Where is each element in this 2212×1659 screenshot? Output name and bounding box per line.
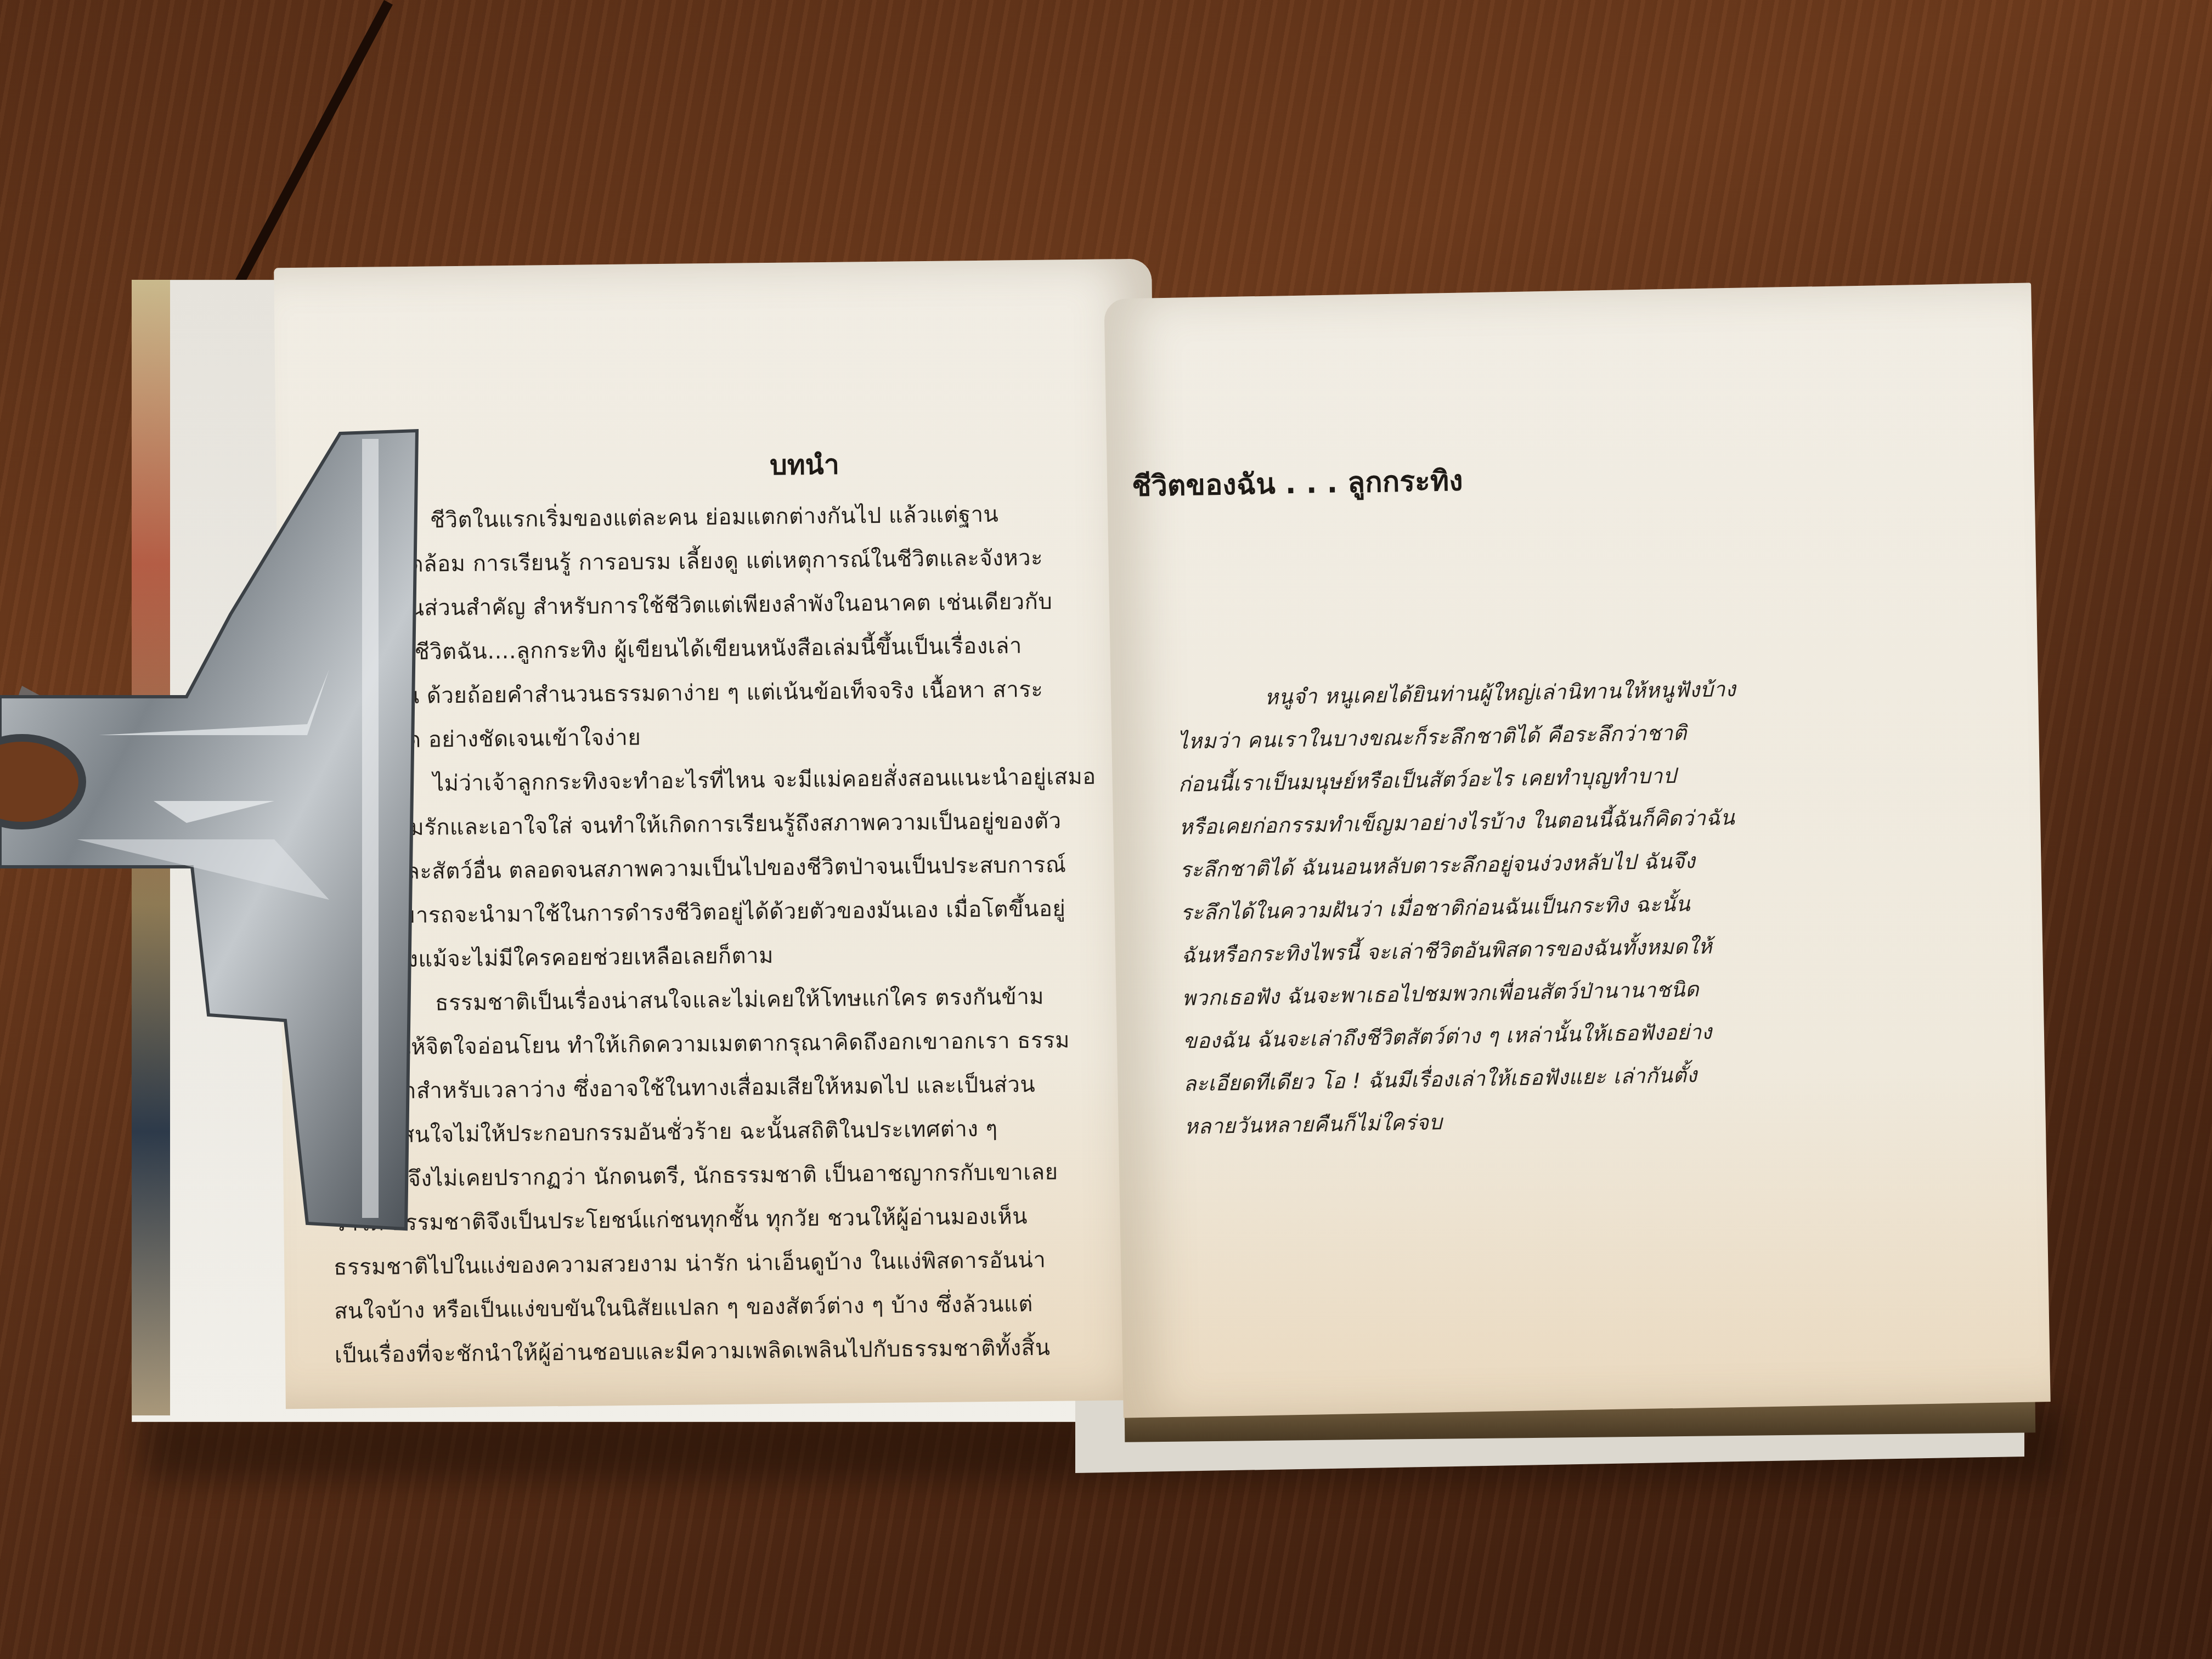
- text-line: ของฉัน ฉันจะเล่าถึงชีวิตสัตว์ต่าง ๆ เหล่…: [1182, 1015, 1712, 1058]
- text-line: ไม่ว่าเจ้าลูกกระทิงจะทำอะไรที่ไหน จะมีแม…: [433, 759, 1096, 801]
- text-line: ละเอียดทีเดียว โอ ! ฉันมีเรื่องเล่าให้เธ…: [1183, 1058, 1697, 1100]
- text-line: ที่มันสามารถจะนำมาใช้ในการดำรงชีวิตอยู่ไ…: [330, 890, 1065, 933]
- text-line: ชาติมีค่าสำหรับเวลาว่าง ซึ่งอาจใช้ในทางเ…: [332, 1066, 1036, 1109]
- text-line: ชีวิตในแรกเริ่มของแต่ละคน ย่อมแตกต่างกัน…: [430, 496, 999, 538]
- text-line: ว่าได้ ธรรมชาติจึงเป็นประโยชน์แก่ชนทุกชั…: [333, 1198, 1028, 1240]
- text-line: สภาพแวดล้อม การเรียนรู้ การอบรม เลี้ยงดู…: [326, 540, 1043, 583]
- text-line: กลับทำให้จิตใจอ่อนโยน ทำให้เกิดความเมตตา…: [331, 1022, 1070, 1065]
- text-line: ก่อนนี้เราเป็นมนุษย์หรือเป็นสัตว์อะไร เค…: [1178, 759, 1677, 801]
- text-line: ฉันหรือกระทิงไพรนี้ จะเล่าชีวิตอันพิสดาร…: [1181, 929, 1713, 972]
- text-line: พวกเธอฟัง ฉันจะพาเธอไปชมพวกเพื่อนสัตว์ป่…: [1182, 972, 1699, 1014]
- right-page: ชีวิตของฉัน . . . ลูกกระทิง หนูจำ หนูเคย…: [1104, 283, 2050, 1418]
- text-line: หลายวันหลายคืนก็ไม่ใคร่จบ: [1184, 1105, 1443, 1143]
- text-line: ระลึกได้ในความฝันว่า เมื่อชาติก่อนฉันเป็…: [1180, 887, 1690, 929]
- text-line: เชิงนิทาน ด้วยถ้อยคำสำนวนธรรมดาง่าย ๆ แต…: [328, 672, 1043, 714]
- text-line: ไหมว่า คนเราในบางขณะก็ระลึกชาติได้ คือระ…: [1177, 715, 1687, 758]
- text-line: ธรรมชาติเป็นเรื่องน่าสนใจและไม่เคยให้โทษ…: [435, 979, 1045, 1020]
- text-line: มันเองและสัตว์อื่น ตลอดจนสภาพความเป็นไปข…: [329, 847, 1066, 889]
- text-line: ประเทศจึงไม่เคยปรากฏว่า นักดนตรี, นักธรร…: [332, 1154, 1058, 1197]
- text-line: ช่วยผู้ที่สนใจไม่ให้ประกอบกรรมอันชั่วร้า…: [332, 1111, 998, 1153]
- text-line: “ฉัน” ในชีวิตฉัน....ลูกกระทิง ผู้เขียนได…: [327, 628, 1022, 670]
- chapter-title-right: ชีวิตของฉัน . . . ลูกกระทิง: [1132, 458, 1464, 509]
- metal-binder-clip: [0, 417, 428, 1240]
- text-line: ด้วยความรักและเอาใจใส่ จนทำให้เกิดการเรี…: [329, 803, 1062, 845]
- text-line: หนูจำ หนูเคยได้ยินท่านผู้ใหญ่เล่านิทานให…: [1265, 672, 1736, 714]
- text-line: สนใจบ้าง หรือเป็นแง่ขบขันในนิสัยแปลก ๆ ข…: [334, 1286, 1033, 1328]
- page-title-left: บทนำ: [770, 443, 840, 487]
- text-line: เวลาก็เป็นส่วนสำคัญ สำหรับการใช้ชีวิตแต่…: [326, 584, 1052, 627]
- text-line: ระลึกชาติได้ ฉันนอนหลับตาระลึกอยู่จนง่วง…: [1180, 844, 1696, 886]
- text-line: ธรรมชาติไปในแง่ของความสวยงาม น่ารัก น่าเ…: [334, 1242, 1046, 1285]
- text-line: หรือเคยก่อกรรมทำเข็ญมาอย่างไรบ้าง ในตอนน…: [1179, 800, 1735, 844]
- text-line: เป็นเรื่องที่จะชักนำให้ผู้อ่านชอบและมีคว…: [335, 1330, 1051, 1373]
